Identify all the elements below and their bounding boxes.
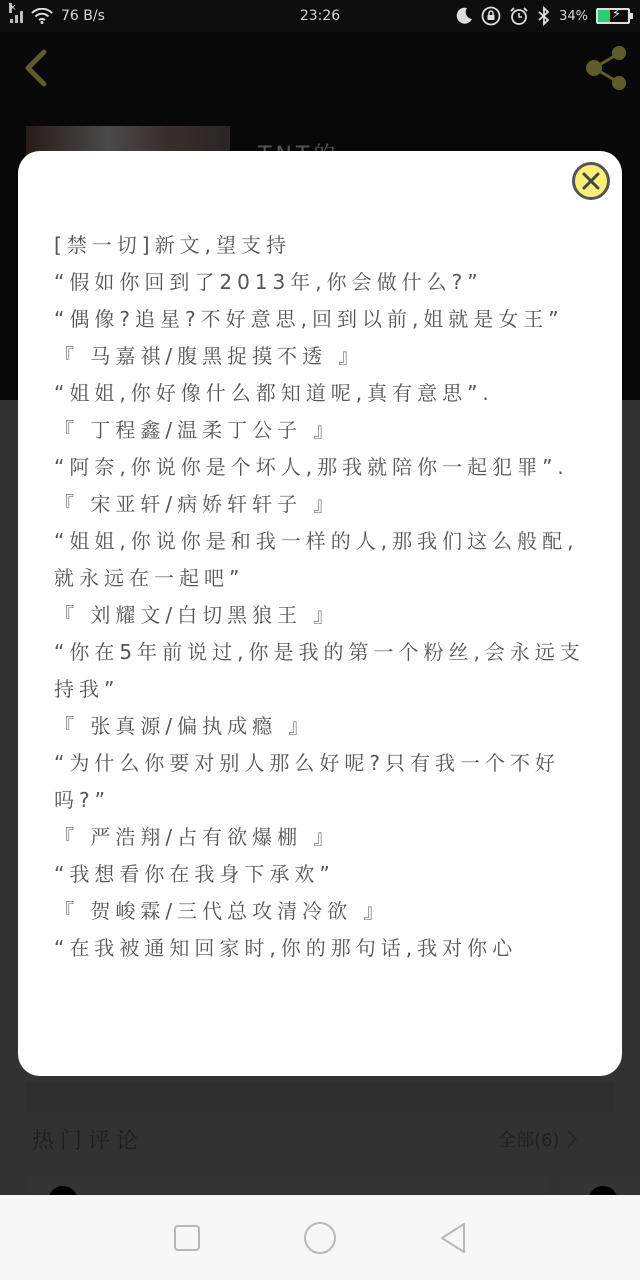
close-icon xyxy=(581,171,601,191)
battery-icon: ⚡ xyxy=(596,8,630,24)
paragraph: “阿奈,你说你是个坏人,那我就陪你一起犯罪”. xyxy=(54,449,594,486)
paragraph: “偶像?追星?不好意思,回到以前,姐就是女王” xyxy=(54,301,594,338)
square-icon xyxy=(173,1224,201,1252)
paragraph: “我想看你在我身下承欢” xyxy=(54,856,594,893)
battery-percent: 34% xyxy=(559,9,588,24)
paragraph: [禁一切]新文,望支持 xyxy=(54,227,594,264)
rotation-lock-icon xyxy=(481,6,501,26)
hot-comments-title: 热门评论 xyxy=(32,1124,144,1155)
chevron-right-icon xyxy=(566,1129,578,1149)
all-comments-link[interactable]: 全部(6) xyxy=(498,1126,578,1152)
comment-card[interactable] xyxy=(560,1176,640,1196)
paragraph: 『 张真源/偏执成瘾 』 xyxy=(54,708,594,745)
screen: × 76 B/s 23:26 xyxy=(0,0,640,1280)
paragraph: “在我被通知回家时,你的那句话,我对你心 xyxy=(54,930,594,967)
moon-icon xyxy=(455,7,473,25)
close-button[interactable] xyxy=(572,162,610,200)
system-nav-bar xyxy=(0,1195,640,1280)
paragraph: 『 贺峻霖/三代总攻清冷欲 』 xyxy=(54,893,594,930)
all-comments-label: 全部(6) xyxy=(498,1126,560,1152)
section-divider xyxy=(26,1082,614,1112)
recent-apps-button[interactable] xyxy=(167,1218,207,1258)
bluetooth-icon xyxy=(537,6,551,26)
back-button[interactable] xyxy=(18,48,58,88)
paragraph: 『 宋亚轩/病娇轩轩子 』 xyxy=(54,486,594,523)
paragraph: 『 刘耀文/白切黑狼王 』 xyxy=(54,597,594,634)
paragraph: “你在5年前说过,你是我的第一个粉丝,会永远支持我” xyxy=(54,634,594,708)
status-bar: × 76 B/s 23:26 xyxy=(0,0,640,32)
home-button[interactable] xyxy=(300,1218,340,1258)
signal-icon: × xyxy=(10,9,23,23)
paragraph: “假如你回到了2013年,你会做什么?” xyxy=(54,264,594,301)
synopsis-text: [禁一切]新文,望支持 “假如你回到了2013年,你会做什么?” “偶像?追星?… xyxy=(54,227,594,967)
back-nav-button[interactable] xyxy=(433,1218,473,1258)
paragraph: 『 马嘉祺/腹黑捉摸不透 』 xyxy=(54,338,594,375)
paragraph: “姐姐,你说你是和我一样的人,那我们这么般配,就永远在一起吧” xyxy=(54,523,594,597)
paragraph: 『 严浩翔/占有欲爆棚 』 xyxy=(54,819,594,856)
status-left: × 76 B/s xyxy=(10,8,105,24)
network-speed: 76 B/s xyxy=(61,8,105,24)
share-button[interactable] xyxy=(582,44,630,92)
comment-card[interactable] xyxy=(28,1176,548,1196)
status-right: 34% ⚡ xyxy=(455,6,630,26)
paragraph: “为什么你要对别人那么好呢?只有我一个不好吗?” xyxy=(54,745,594,819)
triangle-back-icon xyxy=(438,1221,468,1255)
synopsis-modal: [禁一切]新文,望支持 “假如你回到了2013年,你会做什么?” “偶像?追星?… xyxy=(18,151,622,1076)
paragraph: “姐姐,你好像什么都知道呢,真有意思”. xyxy=(54,375,594,412)
paragraph: 『 丁程鑫/温柔丁公子 』 xyxy=(54,412,594,449)
circle-icon xyxy=(303,1221,337,1255)
alarm-icon xyxy=(509,6,529,26)
wifi-icon xyxy=(31,8,53,24)
